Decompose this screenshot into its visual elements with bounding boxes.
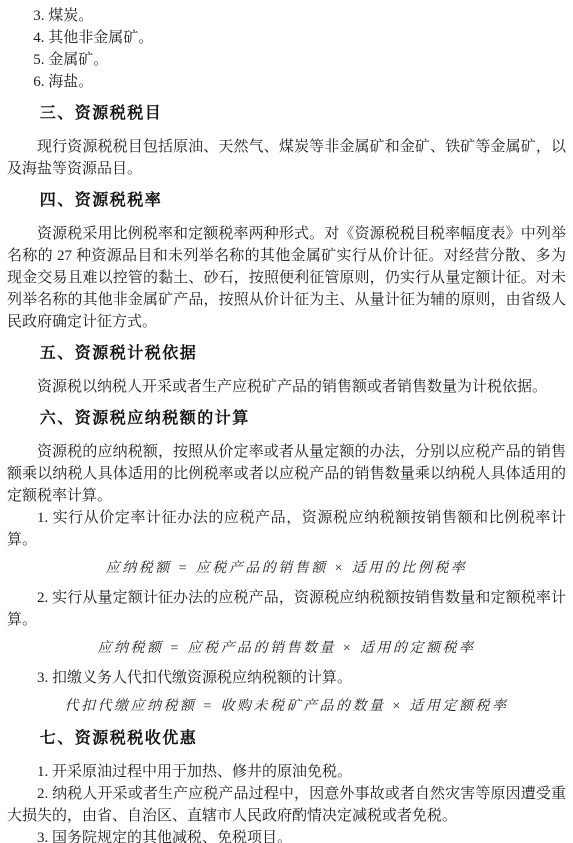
section-heading-tax-items: 三、资源税税目 [7,103,566,125]
numbered-item-crude-oil-exemption: 1. 开采原油过程中用于加热、修井的原油免税。 [7,761,566,783]
numbered-item-other-exemptions: 3. 国务院规定的其他减税、免税项目。 [7,827,566,843]
numbered-item-ad-valorem: 1. 实行从价定率计征办法的应税产品，资源税应纳税额按销售额和比例税率计算。 [7,507,566,551]
numbered-item-disaster-relief: 2. 纳税人开采或者生产应税产品过程中，因意外事故或者自然灾害等原因遭受重大损失… [7,783,566,827]
intro-list-item-sea-salt: 6. 海盐。 [7,71,566,93]
numbered-item-specific-duty: 2. 实行从量定额计征办法的应税产品，资源税应纳税额按销售数量和定额税率计算。 [7,587,566,631]
section-paragraph-tax-items: 现行资源税税目包括原油、天然气、煤炭等非金属矿和金矿、铁矿等金属矿，以及海盐等资… [7,136,566,180]
section-paragraph-tax-basis: 资源税以纳税人开采或者生产应税矿产品的销售额或者销售数量为计税依据。 [7,376,566,398]
intro-list-item-coal: 3. 煤炭。 [7,5,566,27]
intro-list-item-metal: 5. 金属矿。 [7,49,566,71]
section-heading-tax-basis: 五、资源税计税依据 [7,343,566,365]
formula-withholding: 代扣代缴应纳税额 = 收购未税矿产品的数量 × 适用定额税率 [7,696,566,718]
section-heading-tax-rates: 四、资源税税率 [7,190,566,212]
section-paragraph-tax-calculation: 资源税的应纳税额，按照从价定率或者从量定额的办法，分别以应税产品的销售额乘以纳税… [7,441,566,507]
section-paragraph-tax-rates: 资源税采用比例税率和定额税率两种形式。对《资源税税目税率幅度表》中列举名称的 2… [7,223,566,333]
intro-list-item-other-nonmetal: 4. 其他非金属矿。 [7,27,566,49]
document-page: 3. 煤炭。 4. 其他非金属矿。 5. 金属矿。 6. 海盐。 三、资源税税目… [0,0,573,843]
formula-ad-valorem: 应纳税额 = 应税产品的销售额 × 适用的比例税率 [7,558,566,580]
formula-specific-duty: 应纳税额 = 应税产品的销售数量 × 适用的定额税率 [7,638,566,660]
numbered-item-withholding: 3. 扣缴义务人代扣代缴资源税应纳税额的计算。 [7,667,566,689]
section-heading-tax-calculation: 六、资源税应纳税额的计算 [7,408,566,430]
section-heading-tax-preferences: 七、资源税税收优惠 [7,728,566,750]
